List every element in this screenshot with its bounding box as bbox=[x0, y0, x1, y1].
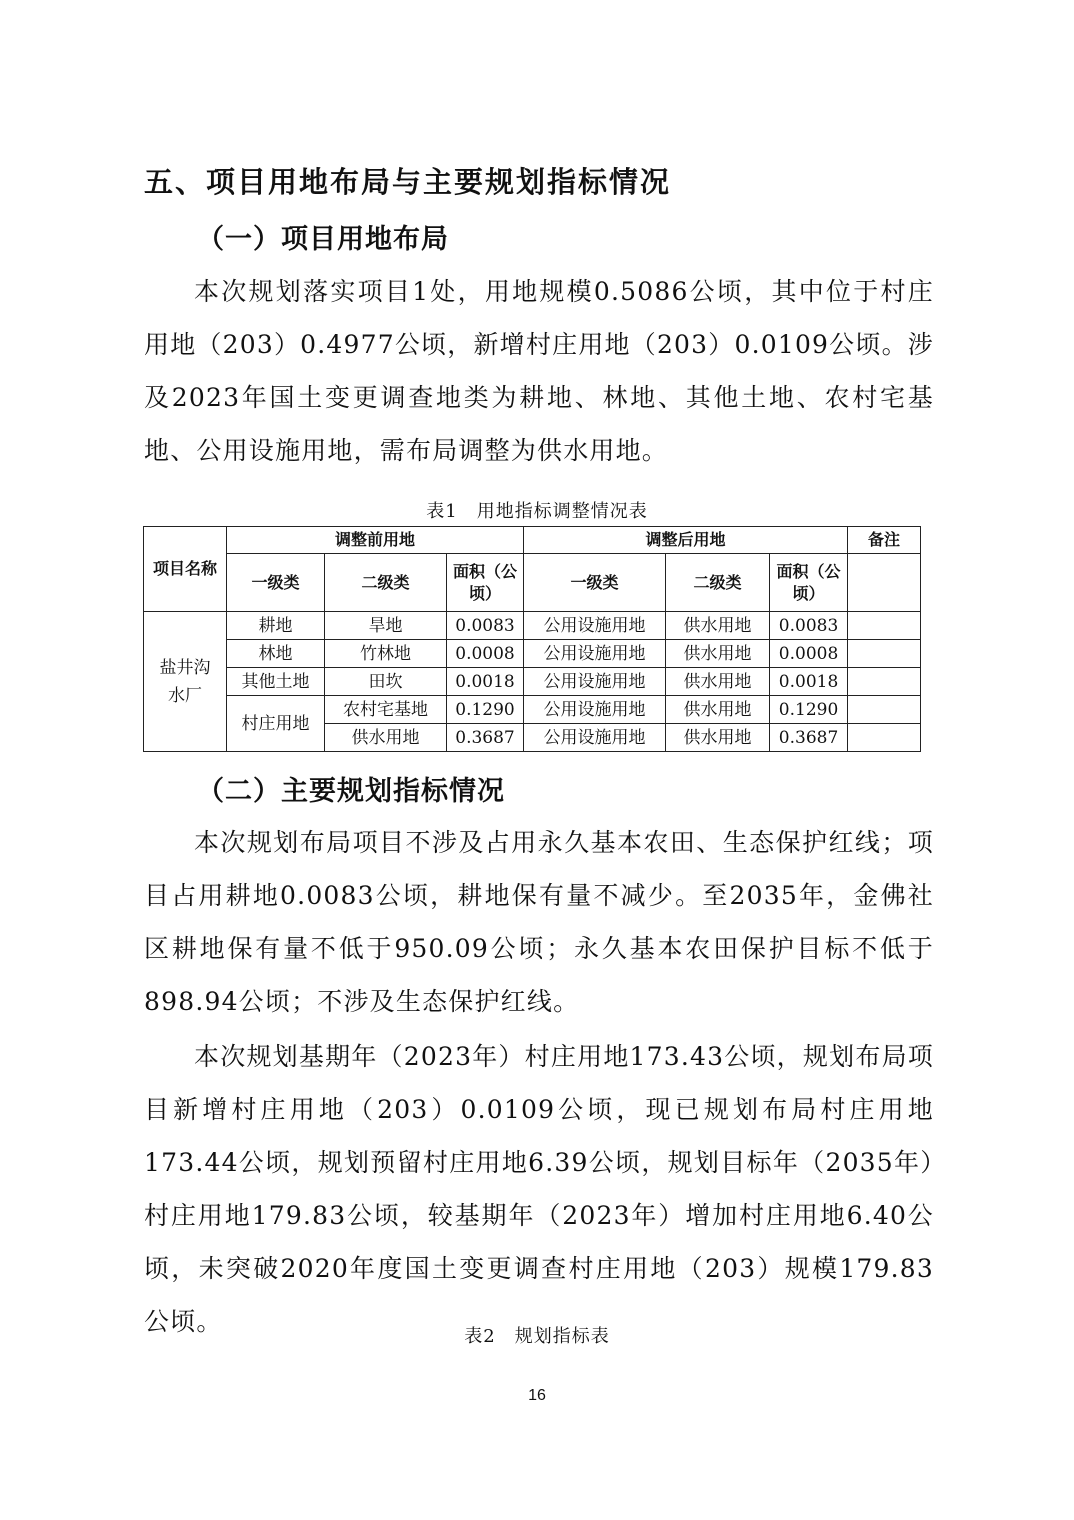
cell-remark bbox=[848, 724, 921, 752]
cell-remark bbox=[848, 696, 921, 724]
header-remark-empty bbox=[848, 554, 921, 612]
header-remark: 备注 bbox=[848, 527, 921, 554]
header-before-level1: 一级类 bbox=[227, 554, 325, 612]
table-subheader-row: 一级类 二级类 面积（公顷） 一级类 二级类 面积（公顷） bbox=[144, 554, 921, 612]
cell-after-l2: 供水用地 bbox=[666, 640, 770, 668]
header-before-area: 面积（公顷） bbox=[447, 554, 524, 612]
cell-after-l1: 公用设施用地 bbox=[524, 612, 666, 640]
header-after-area: 面积（公顷） bbox=[770, 554, 848, 612]
header-before: 调整前用地 bbox=[227, 527, 524, 554]
header-before-level2: 二级类 bbox=[325, 554, 447, 612]
section-heading: 五、项目用地布局与主要规划指标情况 bbox=[144, 160, 671, 201]
cell-before-l1: 林地 bbox=[227, 640, 325, 668]
cell-before-l2: 供水用地 bbox=[325, 724, 447, 752]
table-header-row: 项目名称 调整前用地 调整后用地 备注 bbox=[144, 527, 921, 554]
cell-after-l2: 供水用地 bbox=[666, 668, 770, 696]
cell-before-l1: 其他土地 bbox=[227, 668, 325, 696]
paragraph-text: 本次规划落实项目1处，用地规模0.5086公顷，其中位于村庄用地（203）0.4… bbox=[144, 265, 934, 477]
cell-remark bbox=[848, 640, 921, 668]
cell-remark bbox=[848, 612, 921, 640]
cell-after-area: 0.0083 bbox=[770, 612, 848, 640]
layout-paragraph: 本次规划落实项目1处，用地规模0.5086公顷，其中位于村庄用地（203）0.4… bbox=[144, 265, 934, 477]
cell-before-l2: 农村宅基地 bbox=[325, 696, 447, 724]
cell-after-l2: 供水用地 bbox=[666, 612, 770, 640]
cell-before-area: 0.0083 bbox=[447, 612, 524, 640]
cell-after-area: 0.1290 bbox=[770, 696, 848, 724]
land-use-adjustment-table: 项目名称 调整前用地 调整后用地 备注 一级类 二级类 面积（公顷） 一级类 二… bbox=[143, 526, 921, 752]
header-after-level1: 一级类 bbox=[524, 554, 666, 612]
cell-after-area: 0.0018 bbox=[770, 668, 848, 696]
cell-after-l1: 公用设施用地 bbox=[524, 668, 666, 696]
cell-after-l1: 公用设施用地 bbox=[524, 696, 666, 724]
cell-before-area: 0.0018 bbox=[447, 668, 524, 696]
project-name-cell: 盐井沟水厂 bbox=[144, 612, 227, 752]
table-row: 其他土地 田坎 0.0018 公用设施用地 供水用地 0.0018 bbox=[144, 668, 921, 696]
cell-after-l2: 供水用地 bbox=[666, 724, 770, 752]
cell-before-l1: 村庄用地 bbox=[227, 696, 325, 752]
document-page: 五、项目用地布局与主要规划指标情况 （一）项目用地布局 本次规划落实项目1处，用… bbox=[0, 0, 1074, 1520]
table2-caption: 表2 规划指标表 bbox=[0, 1322, 1074, 1348]
paragraph-text: 本次规划布局项目不涉及占用永久基本农田、生态保护红线；项目占用耕地0.0083公… bbox=[144, 816, 934, 1028]
header-project-name: 项目名称 bbox=[144, 527, 227, 612]
cell-before-l2: 旱地 bbox=[325, 612, 447, 640]
cell-after-l1: 公用设施用地 bbox=[524, 724, 666, 752]
cell-before-area: 0.0008 bbox=[447, 640, 524, 668]
cell-after-area: 0.0008 bbox=[770, 640, 848, 668]
cell-before-l2: 竹林地 bbox=[325, 640, 447, 668]
cell-before-area: 0.3687 bbox=[447, 724, 524, 752]
subsection-heading-indicators: （二）主要规划指标情况 bbox=[197, 769, 505, 808]
indicators-paragraph-2: 本次规划基期年（2023年）村庄用地173.43公顷，规划布局项目新增村庄用地（… bbox=[144, 1030, 934, 1348]
cell-after-l2: 供水用地 bbox=[666, 696, 770, 724]
header-after-level2: 二级类 bbox=[666, 554, 770, 612]
header-after: 调整后用地 bbox=[524, 527, 848, 554]
page-number: 16 bbox=[0, 1387, 1074, 1405]
cell-after-area: 0.3687 bbox=[770, 724, 848, 752]
table-row: 村庄用地 农村宅基地 0.1290 公用设施用地 供水用地 0.1290 bbox=[144, 696, 921, 724]
table-row: 盐井沟水厂 耕地 旱地 0.0083 公用设施用地 供水用地 0.0083 bbox=[144, 612, 921, 640]
cell-before-l2: 田坎 bbox=[325, 668, 447, 696]
table-row: 林地 竹林地 0.0008 公用设施用地 供水用地 0.0008 bbox=[144, 640, 921, 668]
table1-caption: 表1 用地指标调整情况表 bbox=[0, 497, 1074, 523]
cell-remark bbox=[848, 668, 921, 696]
cell-before-l1: 耕地 bbox=[227, 612, 325, 640]
subsection-heading-layout: （一）项目用地布局 bbox=[197, 217, 449, 256]
cell-before-area: 0.1290 bbox=[447, 696, 524, 724]
paragraph-text: 本次规划基期年（2023年）村庄用地173.43公顷，规划布局项目新增村庄用地（… bbox=[144, 1030, 934, 1348]
cell-after-l1: 公用设施用地 bbox=[524, 640, 666, 668]
indicators-paragraph-1: 本次规划布局项目不涉及占用永久基本农田、生态保护红线；项目占用耕地0.0083公… bbox=[144, 816, 934, 1028]
